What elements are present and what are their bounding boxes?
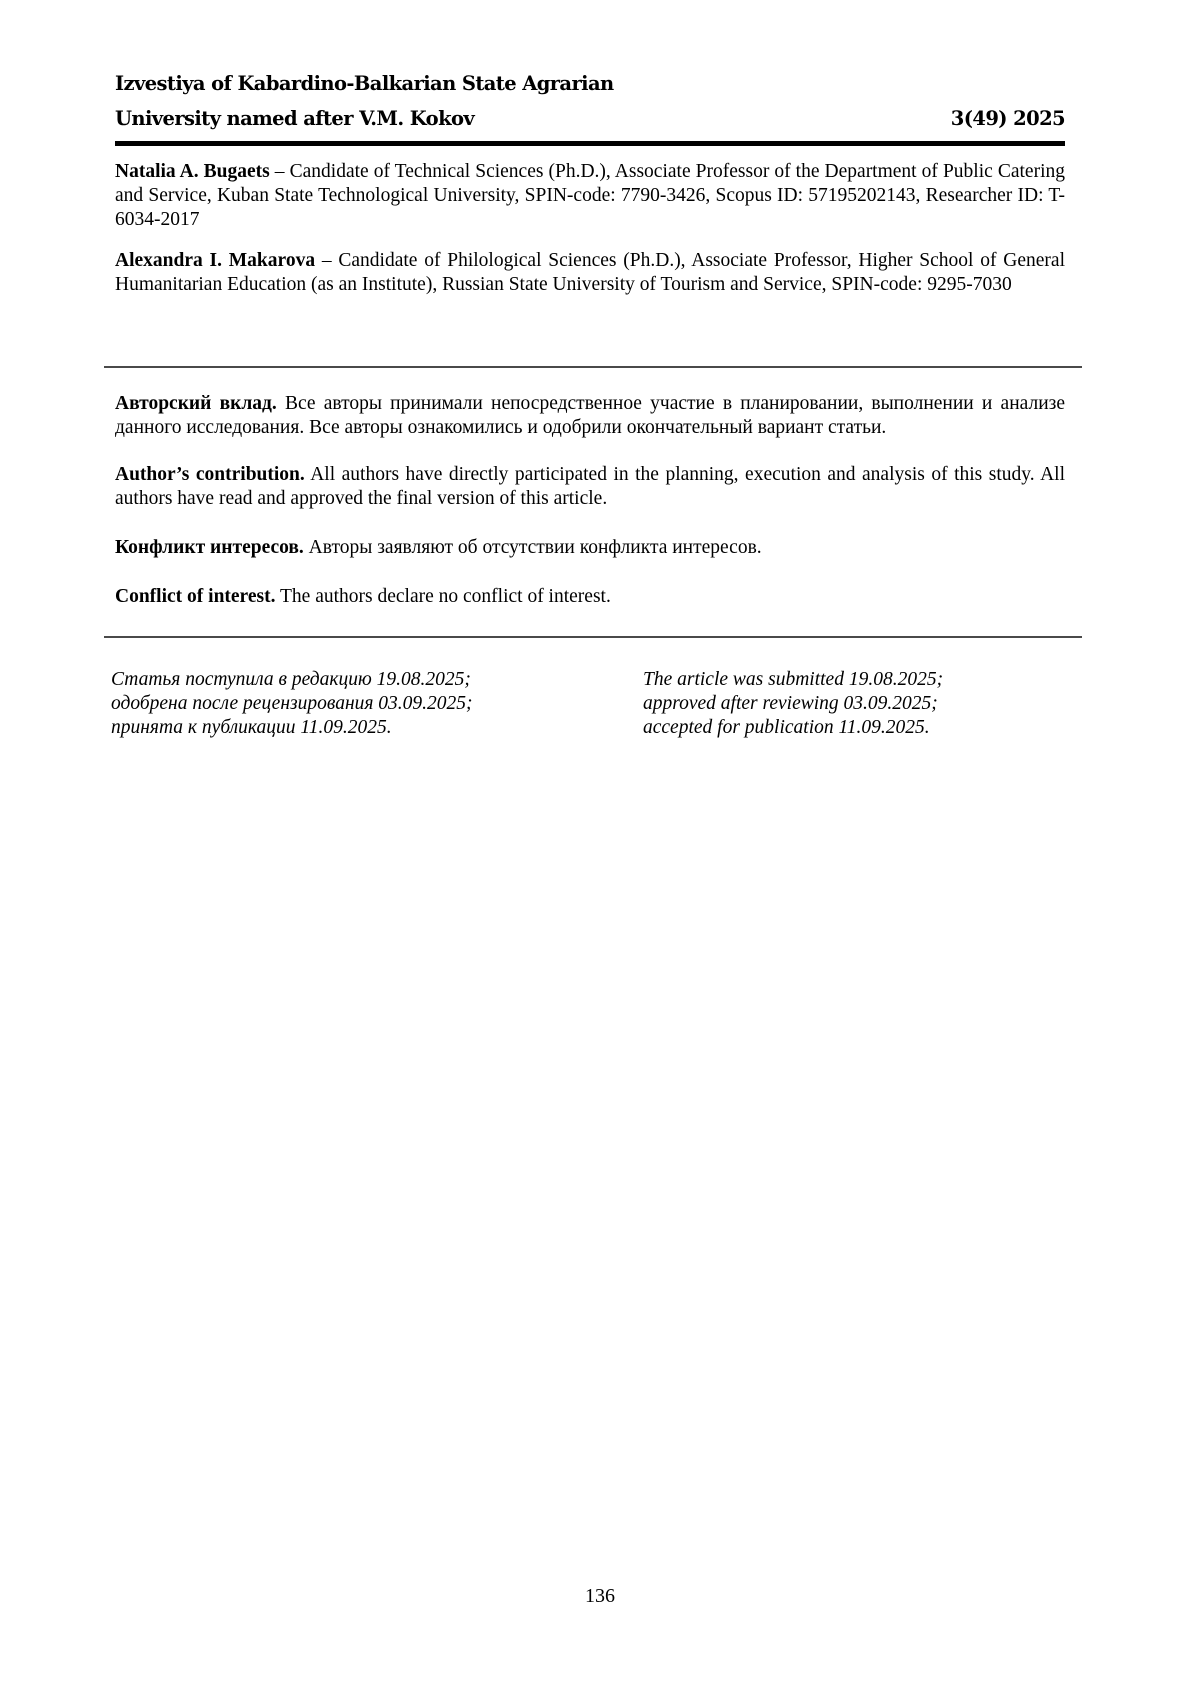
conflict-of-interest-en: Conflict of interest. The authors declar… bbox=[115, 585, 1065, 609]
statement-text: The authors declare no conflict of inter… bbox=[275, 586, 610, 607]
date-accepted: accepted for publication 11.09.2025. bbox=[643, 716, 943, 740]
page-number: 136 bbox=[0, 1585, 1200, 1608]
header-rule bbox=[115, 141, 1065, 146]
date-approved: approved after reviewing 03.09.2025; bbox=[643, 692, 943, 716]
section-divider bbox=[104, 636, 1082, 638]
date-submitted: The article was submitted 19.08.2025; bbox=[643, 668, 943, 692]
statement-label: Author’s contribution. bbox=[115, 464, 305, 485]
author-name: Alexandra I. Makarova bbox=[115, 250, 315, 271]
journal-title-line-1: Izvestiya of Kabardino-Balkarian State A… bbox=[115, 72, 614, 95]
conflict-of-interest-ru: Конфликт интересов. Авторы заявляют об о… bbox=[115, 536, 1065, 560]
author-name: Natalia A. Bugaets bbox=[115, 161, 270, 182]
journal-title-line-2: University named after V.M. Kokov bbox=[115, 107, 474, 130]
author-contribution-ru: Авторский вклад. Все авторы принимали не… bbox=[115, 392, 1065, 440]
section-divider bbox=[104, 366, 1082, 368]
author-info-makarova: Alexandra I. Makarova – Candidate of Phi… bbox=[115, 249, 1065, 297]
author-info-bugaets: Natalia A. Bugaets – Candidate of Techni… bbox=[115, 160, 1065, 232]
document-page: Izvestiya of Kabardino-Balkarian State A… bbox=[0, 0, 1200, 1697]
author-contribution-en: Author’s contribution. All authors have … bbox=[115, 463, 1065, 511]
date-approved: одобрена после рецензирования 03.09.2025… bbox=[111, 692, 473, 716]
statement-label: Конфликт интересов. bbox=[115, 537, 304, 558]
statement-label: Conflict of interest. bbox=[115, 586, 275, 607]
issue-number: 3(49) 2025 bbox=[951, 107, 1065, 130]
article-dates-en: The article was submitted 19.08.2025; ap… bbox=[643, 668, 943, 740]
date-submitted: Статья поступила в редакцию 19.08.2025; bbox=[111, 668, 473, 692]
statement-label: Авторский вклад. bbox=[115, 393, 277, 414]
date-accepted: принята к публикации 11.09.2025. bbox=[111, 716, 473, 740]
article-dates-ru: Статья поступила в редакцию 19.08.2025; … bbox=[111, 668, 473, 740]
statement-text: Авторы заявляют об отсутствии конфликта … bbox=[304, 537, 762, 558]
